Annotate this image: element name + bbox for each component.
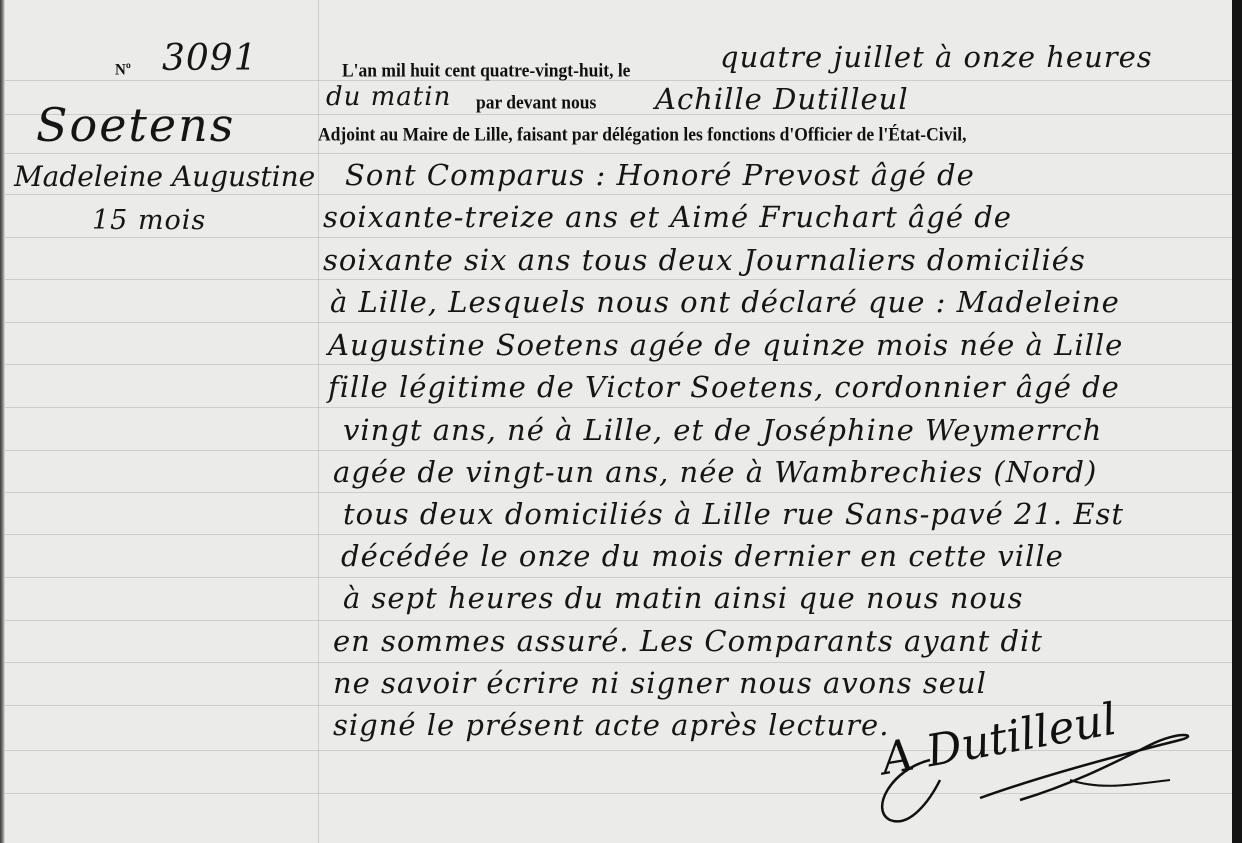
record-number: 3091: [162, 38, 258, 79]
printed-date-phrase: L'an mil huit cent quatre-vingt-huit, le: [342, 59, 630, 82]
body-line: à sept heures du matin ainsi que nous no…: [343, 581, 1024, 615]
body-line: vingt ans, né à Lille, et de Joséphine W…: [343, 413, 1102, 447]
body-line: ne savoir écrire ni signer nous avons se…: [333, 666, 987, 700]
body-line: tous deux domiciliés à Lille rue Sans-pa…: [343, 497, 1124, 531]
deceased-given-names: Madeleine Augustine: [14, 160, 315, 193]
ruled-line: [5, 662, 1232, 663]
ruled-line: [5, 577, 1232, 578]
handwritten-date: quatre juillet à onze heures: [720, 40, 1153, 74]
body-line: Sont Comparus : Honoré Prevost âgé de: [345, 158, 975, 192]
ruled-line: [5, 620, 1232, 621]
deceased-age: 15 mois: [92, 205, 206, 236]
printed-before-us: par devant nous: [476, 91, 596, 114]
body-line: fille légitime de Victor Soetens, cordon…: [328, 370, 1120, 404]
ruled-line: [5, 407, 1232, 408]
record-number-label: Nº: [115, 61, 131, 79]
ruled-line: [5, 322, 1232, 323]
scan-right-edge: [1232, 0, 1242, 843]
printed-officer-title: Adjoint au Maire de Lille, faisant par d…: [318, 123, 966, 146]
body-line: Augustine Soetens agée de quinze mois né…: [328, 328, 1123, 362]
ruled-line: [5, 534, 1232, 535]
officer-signature: A Dutilleul: [870, 700, 1190, 830]
ruled-line: [5, 492, 1232, 493]
body-line: soixante-treize ans et Aimé Fruchart âgé…: [323, 200, 1012, 234]
body-line: en sommes assuré. Les Comparants ayant d…: [333, 624, 1043, 658]
ruled-line: [5, 153, 1232, 154]
ruled-line: [5, 450, 1232, 451]
body-line: signé le présent acte après lecture.: [333, 708, 889, 742]
deceased-surname: Soetens: [36, 98, 235, 152]
handwritten-officer-name: Achille Dutilleul: [655, 82, 909, 116]
ruled-line: [5, 194, 1232, 195]
ruled-line: [5, 237, 1232, 238]
handwritten-time: du matin: [326, 82, 451, 112]
body-line: soixante six ans tous deux Journaliers d…: [323, 243, 1086, 277]
ruled-line: [5, 364, 1232, 365]
body-line: décédée le onze du mois dernier en cette…: [341, 539, 1064, 573]
body-line: agée de vingt-un ans, née à Wambrechies …: [333, 455, 1097, 489]
civil-record-page: Nº 3091 Soetens Madeleine Augustine 15 m…: [0, 0, 1242, 843]
scan-left-edge: [0, 0, 5, 843]
body-line: à Lille, Lesquels nous ont déclaré que :…: [330, 285, 1120, 319]
ruled-line: [5, 279, 1232, 280]
